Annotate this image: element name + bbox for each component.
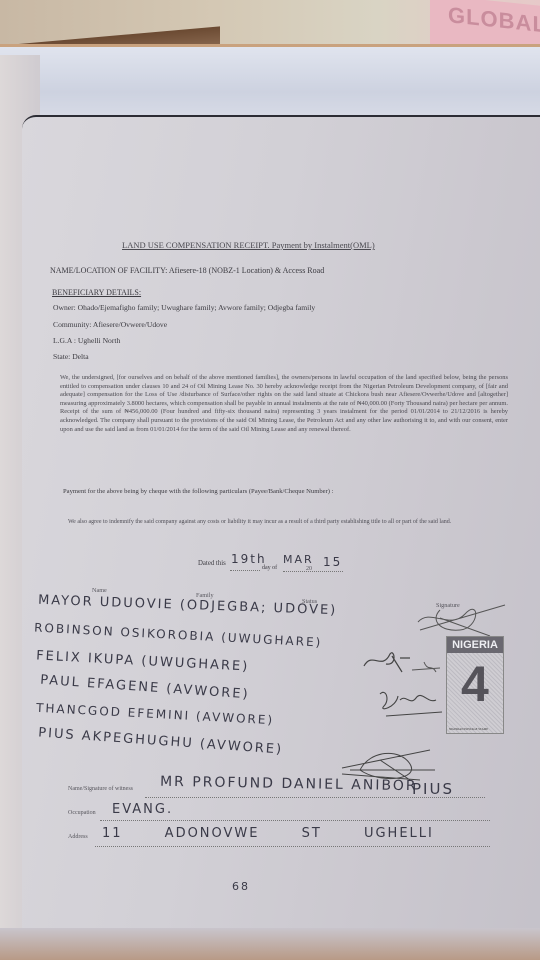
signatory-row: FELIX IKUPA (UWUGHARE) xyxy=(36,648,250,674)
month-underline xyxy=(283,571,343,572)
day-underline xyxy=(230,570,260,571)
witness-name-value: MR PROFUND DANIEL ANIBOR xyxy=(160,774,418,794)
column-name: Name xyxy=(92,587,107,594)
owner-field: Owner: Ohado/Ejemafigho family; Uwughare… xyxy=(53,303,315,312)
facility-label: NAME/LOCATION OF FACILITY: xyxy=(50,266,167,275)
address-underline xyxy=(95,846,490,847)
dated-month: MAR xyxy=(283,553,314,566)
community-field: Community: Afiesere/Ovwere/Udove xyxy=(53,320,167,329)
body-paragraph: We, the undersigned, [for ourselves and … xyxy=(60,374,508,434)
facility-line: NAME/LOCATION OF FACILITY: Afiesere-18 (… xyxy=(50,266,324,275)
address-value: 11 ADONOVWE ST UGHELLI xyxy=(102,826,434,841)
receipt-document: LAND USE COMPENSATION RECEIPT. Payment b… xyxy=(0,0,540,960)
occupation-label: Occupation xyxy=(68,810,96,816)
payment-line: Payment for the above being by cheque wi… xyxy=(63,488,333,495)
dated-label: Dated this xyxy=(198,560,226,567)
witness-underline xyxy=(145,797,485,798)
beneficiary-heading: BENEFICIARY DETAILS: xyxy=(52,288,141,297)
signatory-row: ROBINSON OSIKOROBIA (UWUGHARE) xyxy=(34,620,323,649)
stamp-title: NIGERIA xyxy=(447,637,503,653)
signature-mark xyxy=(410,600,510,640)
signatory-row: MAYOR UDUOVIE (ODJEGBA; UDOVE) xyxy=(38,593,338,618)
signatory-row: PAUL EFAGENE (AVWORE) xyxy=(40,673,250,703)
signatory-row: PIUS AKPEGHUGHU (AVWORE) xyxy=(38,725,284,757)
occupation-value: EVANG. xyxy=(112,802,173,817)
lga-field: L.G.A : Ughelli North xyxy=(53,336,120,345)
address-label: Address xyxy=(68,834,88,840)
dated-day-of: day of xyxy=(262,565,277,571)
dated-day: 19th xyxy=(231,552,267,566)
dated-year: 15 xyxy=(323,555,342,569)
stamp-footer: NIGERIAN POSTAGE STAMP xyxy=(449,727,501,731)
indemnify-line: We also agree to indemnify the said comp… xyxy=(68,518,498,526)
occupation-underline xyxy=(100,820,490,821)
signature-mark xyxy=(376,686,446,722)
postage-stamp: NIGERIA 4 NIGERIAN POSTAGE STAMP xyxy=(446,636,504,734)
witness-signature: PIUS xyxy=(412,780,454,798)
state-field: State: Delta xyxy=(53,352,89,361)
page-number: 68 xyxy=(232,880,250,893)
stamp-value: 4 xyxy=(461,655,489,713)
facility-value: Afiesere-18 (NOBZ-1 Location) & Access R… xyxy=(169,266,324,275)
witness-name-label: Name/Signature of witness xyxy=(68,786,133,792)
signatory-row: THANCGOD EFEMINI (AVWORE) xyxy=(36,701,275,727)
document-title: LAND USE COMPENSATION RECEIPT. Payment b… xyxy=(122,240,375,250)
